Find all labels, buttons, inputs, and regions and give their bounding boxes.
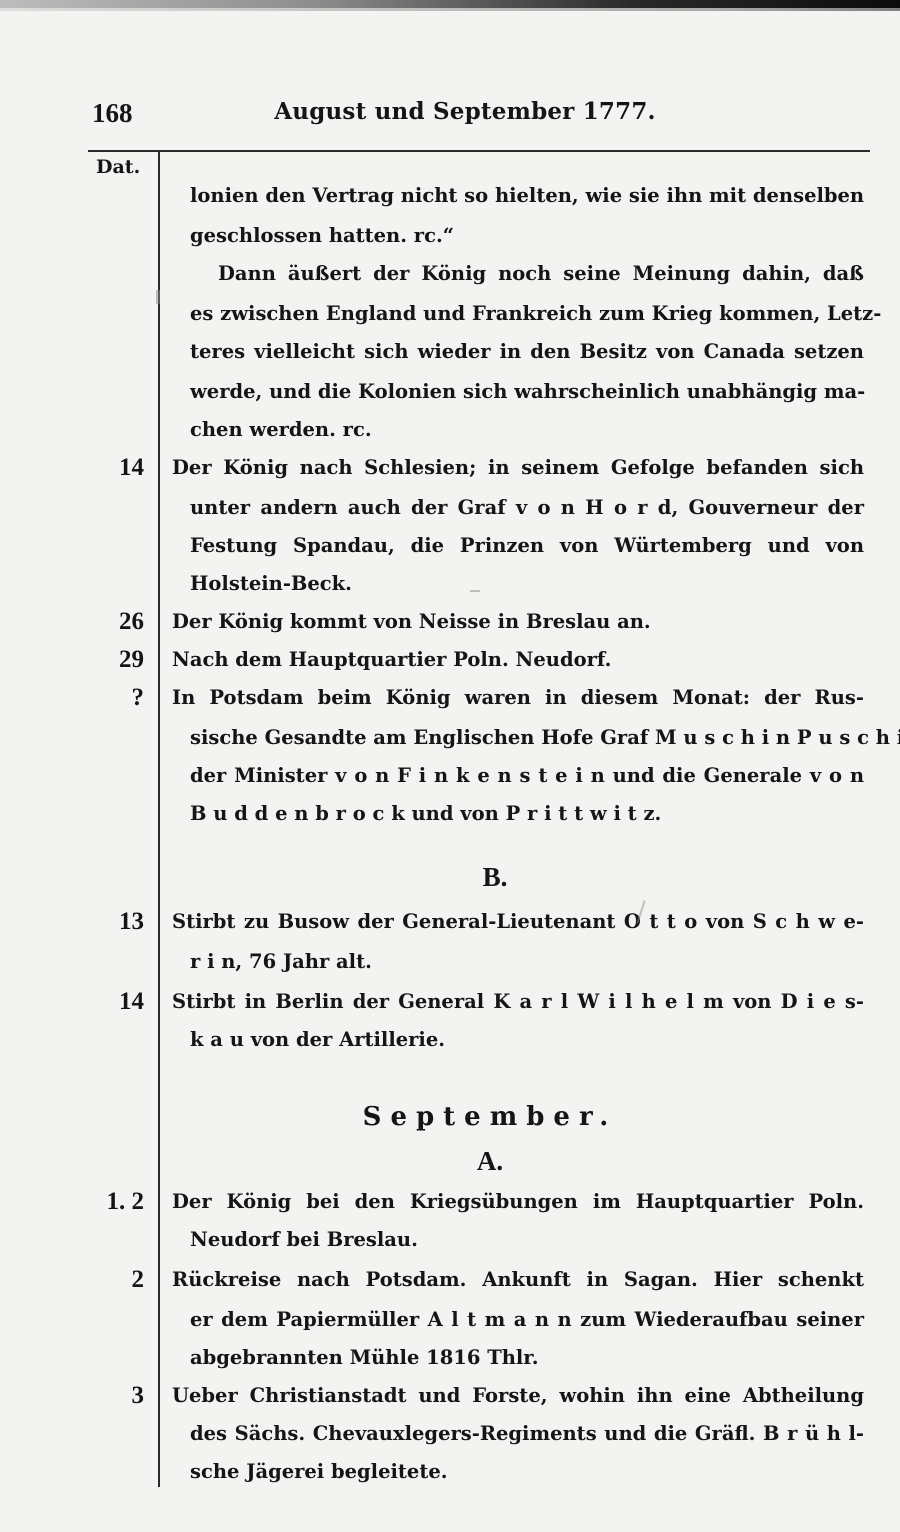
text-line: chen werden. rc.	[190, 416, 864, 444]
entry-date: 1. 2	[64, 1188, 144, 1216]
text-line: werde, und die Kolonien sich wahrscheinl…	[190, 378, 864, 406]
text-line: Ueber Christianstadt und Forste, wohin i…	[172, 1382, 864, 1410]
date-column-rule	[158, 152, 160, 1487]
text-line: Der König kommt von Neisse in Breslau an…	[172, 608, 864, 636]
text-line: unter andern auch der Graf v o n H o r d…	[190, 494, 864, 522]
scan-speck	[470, 590, 480, 592]
scan-top-edge-shadow	[0, 8, 900, 11]
scan-speck	[156, 290, 160, 304]
text-line: er dem Papiermüller A l t m a n n zum Wi…	[190, 1306, 864, 1334]
text-line: sche Jägerei begleitete.	[190, 1458, 864, 1486]
text-line: lonien den Vertrag nicht so hielten, wie…	[190, 182, 864, 210]
text-line: Neudorf bei Breslau.	[190, 1226, 864, 1254]
month-heading-september: September.	[160, 1102, 900, 1132]
running-title: August und September 1777.	[0, 98, 900, 125]
text-line: Rückreise nach Potsdam. Ankunft in Sagan…	[172, 1266, 864, 1294]
text-line: Nach dem Hauptquartier Poln. Neudorf.	[172, 646, 864, 674]
entry-date: 26	[64, 608, 144, 636]
entry-date: 2	[64, 1266, 144, 1294]
text-line: Festung Spandau, die Prinzen von Würtemb…	[190, 532, 864, 560]
text-line: In Potsdam beim König waren in diesem Mo…	[172, 684, 864, 712]
text-line: teres vielleicht sich wieder in den Besi…	[190, 338, 864, 366]
section-heading-b: B.	[160, 862, 900, 893]
entry-date: 29	[64, 646, 144, 674]
scan-top-edge	[0, 0, 900, 8]
entry-date: 13	[64, 908, 144, 936]
header-rule	[88, 150, 870, 152]
entry-date: 14	[64, 988, 144, 1016]
text-line: des Sächs. Chevauxlegers-Regiments und d…	[190, 1420, 864, 1448]
date-column-label: Dat.	[96, 156, 140, 178]
text-line: es zwischen England und Frankreich zum K…	[190, 300, 864, 328]
text-line: Dann äußert der König noch seine Meinung…	[218, 260, 864, 288]
section-heading-a: A.	[160, 1146, 900, 1177]
text-line: Stirbt zu Busow der General-Lieutenant O…	[172, 908, 864, 936]
text-line: k a u von der Artillerie.	[190, 1026, 864, 1054]
entry-date: 3	[64, 1382, 144, 1410]
text-line: abgebrannten Mühle 1816 Thlr.	[190, 1344, 864, 1372]
text-line: Der König nach Schlesien; in seinem Gefo…	[172, 454, 864, 482]
text-line: Stirbt in Berlin der General K a r l W i…	[172, 988, 864, 1016]
text-line: der Minister v o n F i n k e n s t e i n…	[190, 762, 864, 790]
text-line: r i n, 76 Jahr alt.	[190, 948, 864, 976]
text-line: geschlossen hatten. rc.“	[190, 222, 864, 250]
entry-date: ?	[64, 684, 144, 712]
text-line: sische Gesandte am Englischen Hofe Graf …	[190, 724, 864, 752]
entry-date: 14	[64, 454, 144, 482]
text-line: B u d d e n b r o c k und von P r i t t …	[190, 800, 864, 828]
text-line: Holstein-Beck.	[190, 570, 864, 598]
text-line: Der König bei den Kriegsübungen im Haupt…	[172, 1188, 864, 1216]
